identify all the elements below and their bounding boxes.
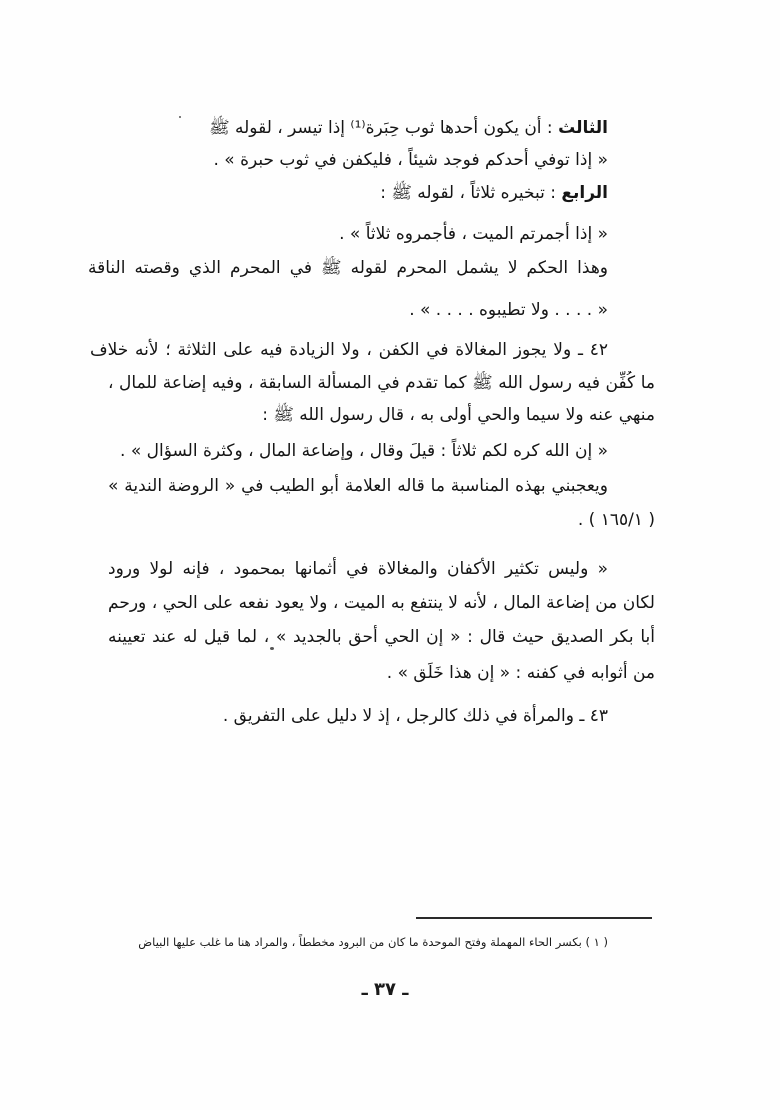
item-heading-fourth: الرابع <box>561 183 608 203</box>
line-text: من أثوابه في كفنه : « إن هذا خَلَق » . <box>387 663 655 683</box>
line-text: : تبخيره ثلاثاً ، لقوله ﷺ : <box>380 183 561 203</box>
line-text: « . . . . ولا تطيبوه . . . . » . <box>409 300 608 320</box>
line-text: ما كُفِّن فيه رسول الله ﷺ كما تقدم في ال… <box>108 373 655 395</box>
paragraph-42-line: ويعجبني بهذه المناسبة ما قاله العلامة أب… <box>108 474 608 498</box>
page-number: ـ ٣٧ ـ <box>335 977 435 1003</box>
line-text: ( ١٦٥/١ ) . <box>578 510 655 530</box>
hadith-quote-line: « إن الله كره لكم ثلاثاً : قيلَ وقال ، و… <box>120 439 608 463</box>
quotation-line: من أثوابه في كفنه : « إن هذا خَلَق » . <box>387 661 655 685</box>
line-text: ويعجبني بهذه المناسبة ما قاله العلامة أب… <box>108 476 608 496</box>
line-text: : أن يكون أحدها ثوب حِبَرة⁽¹⁾ إذا تيسر ،… <box>209 118 558 138</box>
line-text: « إن الله كره لكم ثلاثاً : قيلَ وقال ، و… <box>120 441 608 461</box>
paragraph-43-line: ٤٣ ـ والمرأة في ذلك كالرجل ، إذ لا دليل … <box>223 704 608 728</box>
paragraph-42-line: ما كُفِّن فيه رسول الله ﷺ كما تقدم في ال… <box>108 371 655 395</box>
quotation-line: لكان من إضاعة المال ، لأنه لا ينتفع به ا… <box>108 591 655 615</box>
text-line-third-item: الثالث : أن يكون أحدها ثوب حِبَرة⁽¹⁾ إذا… <box>209 116 608 140</box>
line-text: ٤٢ ـ ولا يجوز المغالاة في الكفن ، ولا ال… <box>90 340 608 360</box>
quotation-line: أبا بكر الصديق حيث قال : « إن الحي أحق ب… <box>108 625 655 649</box>
hadith-quote-line: « . . . . ولا تطيبوه . . . . » . <box>409 298 608 322</box>
scanned-book-page: الثالث : أن يكون أحدها ثوب حِبَرة⁽¹⁾ إذا… <box>0 0 780 1110</box>
text-line-fourth-item: الرابع : تبخيره ثلاثاً ، لقوله ﷺ : <box>380 181 608 205</box>
line-text: ٤٣ ـ والمرأة في ذلك كالرجل ، إذ لا دليل … <box>223 706 608 726</box>
line-text: « إذا أجمرتم الميت ، فأجمروه ثلاثاً » . <box>339 224 608 244</box>
line-text: « إذا توفي أحدكم فوجد شيئاً ، فليكفن في … <box>213 150 608 170</box>
hadith-quote-line: « إذا توفي أحدكم فوجد شيئاً ، فليكفن في … <box>213 148 608 172</box>
body-text-line: وهذا الحكم لا يشمل المحرم لقوله ﷺ في الم… <box>88 256 608 280</box>
footnote-1: ( ١ ) بكسر الحاء المهملة وفتح الموحدة ما… <box>138 933 608 951</box>
scan-speck <box>270 647 274 650</box>
line-text: « وليس تكثير الأكفان والمغالاة في أثمانه… <box>108 559 608 581</box>
paragraph-42-line: منهي عنه ولا سيما والحي أولى به ، قال رس… <box>262 403 655 427</box>
footnote-separator <box>416 917 652 919</box>
line-text: أبا بكر الصديق حيث قال : « إن الحي أحق ب… <box>108 627 655 649</box>
scan-speck <box>599 161 601 163</box>
line-text: منهي عنه ولا سيما والحي أولى به ، قال رس… <box>262 405 655 425</box>
paragraph-42-line: ٤٢ ـ ولا يجوز المغالاة في الكفن ، ولا ال… <box>90 338 608 362</box>
hadith-quote-line: « إذا أجمرتم الميت ، فأجمروه ثلاثاً » . <box>339 222 608 246</box>
line-text: لكان من إضاعة المال ، لأنه لا ينتفع به ا… <box>108 593 655 615</box>
line-text: وهذا الحكم لا يشمل المحرم لقوله ﷺ في الم… <box>88 258 608 278</box>
quotation-line: « وليس تكثير الأكفان والمغالاة في أثمانه… <box>108 557 608 581</box>
citation-line: ( ١٦٥/١ ) . <box>578 508 655 532</box>
scan-speck <box>179 116 181 118</box>
item-heading-third: الثالث <box>558 118 608 138</box>
